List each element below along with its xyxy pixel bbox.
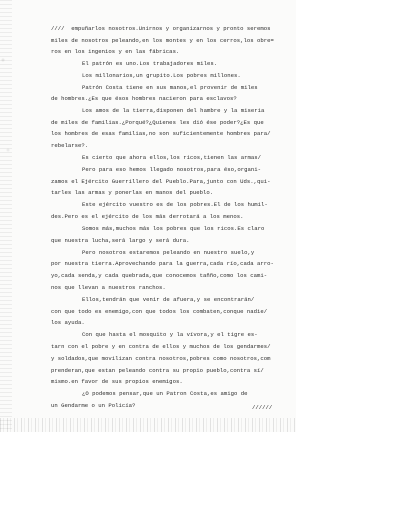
end-mark: ////// (252, 404, 272, 411)
text-line: miles de nosotros peleando,en los montes… (51, 37, 274, 44)
text-line: tarn con el pobre y en contra de ellos y… (51, 343, 271, 350)
text-line: Patrón Costa tiene en sus manos,el prove… (82, 84, 258, 91)
text-line: //// empuñarlos nosotros.Unirnos y organ… (51, 25, 271, 32)
text-line: los ayuda. (51, 319, 85, 326)
text-line: y soldados,que movilizan contra nosotros… (51, 355, 271, 362)
text-line: nos que llevan a nuestros ranchos. (51, 284, 166, 291)
text-line: Con que hasta el mosquito y la vívora,y … (82, 331, 258, 338)
text-line: Los amos de la tierra,disponen del hambr… (82, 107, 264, 114)
text-line: ¿O podemos pensar,que un Patron Costa,es… (82, 390, 247, 397)
text-line: yo,cada senda,y cada quebrada,que conoce… (51, 272, 267, 279)
text-line: Somos más,muchos más los pobres que los … (82, 225, 264, 232)
text-line: zamos el Ejército Guerrillero del Pueblo… (51, 178, 271, 185)
text-line: mismo.en favor de sus propios enemigos. (51, 378, 183, 385)
text-line: por nuestra tierra.Aprovechando para la … (51, 260, 274, 267)
text-line: de miles de familias.¿Porqué?¿Quienes le… (51, 119, 264, 126)
text-line: Pero para eso hemos llegado nosotros,par… (82, 166, 261, 173)
text-line: con que todo es enemigo,con que todos lo… (51, 308, 267, 315)
text-line: Este ejército vuestro es de los pobres.E… (82, 201, 268, 208)
text-line: Es cierto que ahora ellos,los ricos,tien… (82, 154, 261, 161)
text-line: tarles las armas y ponerlas en manos del… (51, 189, 213, 196)
text-line: de hombres.¿Es que ésos hombres nacieron… (51, 95, 237, 102)
text-line: ros en los ingenios y en las fábricas. (51, 48, 179, 55)
text-line: Los millonarios,un grupito.Los pobres mi… (82, 72, 241, 79)
text-line: prenderan,que estan peleando contra su p… (51, 367, 264, 374)
text-line: El patrón es uno.Los trabajadores miles. (82, 60, 217, 67)
text-line: Pero nosotros estaremos peleando en nues… (82, 249, 254, 256)
text-line: des.Pero es el ejército de los más derro… (51, 213, 243, 220)
text-line: un Gendarme o un Policía? (51, 402, 135, 409)
text-line: que nuestra lucha,será largo y será dura… (51, 237, 189, 244)
text-line: los hombres de esas familias,no son sufi… (51, 130, 271, 137)
text-line: Ellos,tendrán que venir de afuera,y se e… (82, 296, 254, 303)
text-line: rebelarse?. (51, 142, 88, 149)
scanned-typewritten-page: //// empuñarlos nosotros.Unirnos y organ… (0, 0, 296, 432)
